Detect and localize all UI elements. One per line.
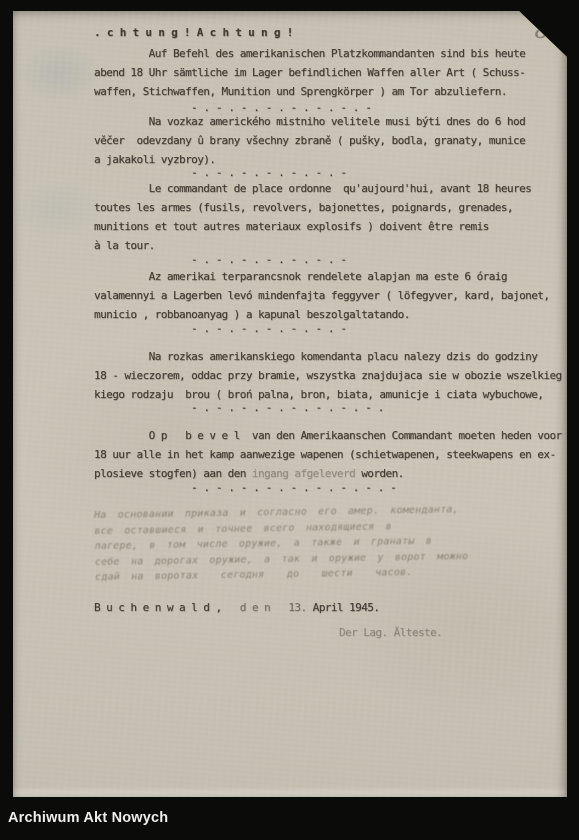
paragraph-german: Auf Befehl des amerikanischen Platzkomma… bbox=[94, 44, 561, 101]
document-title: . c h t u n g ! A c h t u n g ! bbox=[94, 23, 561, 42]
text-line: Az amerikai terparancsnok rendelete alap… bbox=[94, 267, 561, 286]
paragraph-hungarian: Az amerikai terparancsnok rendelete alap… bbox=[94, 267, 561, 324]
place-name: B u c h e n w a l d , bbox=[94, 601, 240, 614]
separator-line: - . - . - . - . - . - . - . - . - bbox=[191, 481, 396, 495]
separator-line: - . - . - . - . - . - . - . - . bbox=[191, 401, 384, 415]
text-line: abend 18 Uhr sämtliche im Lager befindli… bbox=[94, 63, 561, 82]
text-line: valamennyi a Lagerben levó mindenfajta f… bbox=[94, 286, 561, 305]
scanned-document-page: 8 . c h t u n g ! A c h t u n g ! Auf Be… bbox=[0, 0, 579, 840]
text-line: věčer odevzdany û brany všechny zbraně (… bbox=[94, 131, 561, 150]
archive-name: Archiwum Akt Nowych bbox=[8, 810, 168, 826]
text-line: Auf Befehl des amerikanischen Platzkomma… bbox=[94, 44, 561, 63]
separator-line: - . - . - . - . - . - . - bbox=[191, 322, 347, 336]
text-line: waffen, Stichwaffen, Munition und Spreng… bbox=[94, 82, 561, 101]
date-value: April 1945. bbox=[313, 601, 380, 614]
archive-watermark-bar: Archiwum Akt Nowych bbox=[8, 810, 168, 826]
signature-line: Der Lag. Älteste. bbox=[339, 623, 442, 642]
text-fragment: worden. bbox=[361, 467, 404, 480]
text-line: O p b e v e l van den Amerikaanschen Com… bbox=[94, 426, 561, 445]
paragraph-polish: Na rozkas amerikanskiego komendanta plac… bbox=[94, 347, 561, 404]
separator-line: - . - . - . - . - . - . - bbox=[191, 166, 347, 180]
text-line: Na rozkas amerikanskiego komendanta plac… bbox=[94, 347, 561, 366]
paragraph-czech: Na vozkaz amerického mistniho velitele m… bbox=[94, 112, 561, 169]
text-line: Le commandant de place ordonne qu'aujour… bbox=[94, 179, 561, 198]
faded-text-fragment: ingang afgeleverd bbox=[252, 467, 361, 480]
text-line: B u c h e n w a l d , d e n 13. April 19… bbox=[94, 598, 561, 617]
text-line: 18 uur alle in het kamp aanwezige wapene… bbox=[94, 445, 561, 464]
text-line: munitions et tout autres materiaux explo… bbox=[94, 217, 561, 236]
separator-line: - . - . - . - . - . - . - bbox=[191, 253, 347, 267]
text-line: Na vozkaz amerického mistniho velitele m… bbox=[94, 112, 561, 131]
paragraph-russian-illegible: На основании приказа и согласно его амер… bbox=[94, 501, 562, 586]
dateline: B u c h e n w a l d , d e n 13. April 19… bbox=[94, 598, 561, 617]
paper-sheet: 8 . c h t u n g ! A c h t u n g ! Auf Be… bbox=[13, 11, 567, 797]
text-line: 18 - wieczorem, oddac przy bramie, wszys… bbox=[94, 366, 561, 385]
text-fragment: plosieve stogfen) aan den bbox=[94, 467, 252, 480]
paragraph-french: Le commandant de place ordonne qu'aujour… bbox=[94, 179, 561, 255]
text-line: toutes les armes (fusils, revolvers, baj… bbox=[94, 198, 561, 217]
faded-date-fragment: d e n 13. bbox=[240, 601, 313, 614]
paragraph-dutch: O p b e v e l van den Amerikaanschen Com… bbox=[94, 426, 561, 483]
